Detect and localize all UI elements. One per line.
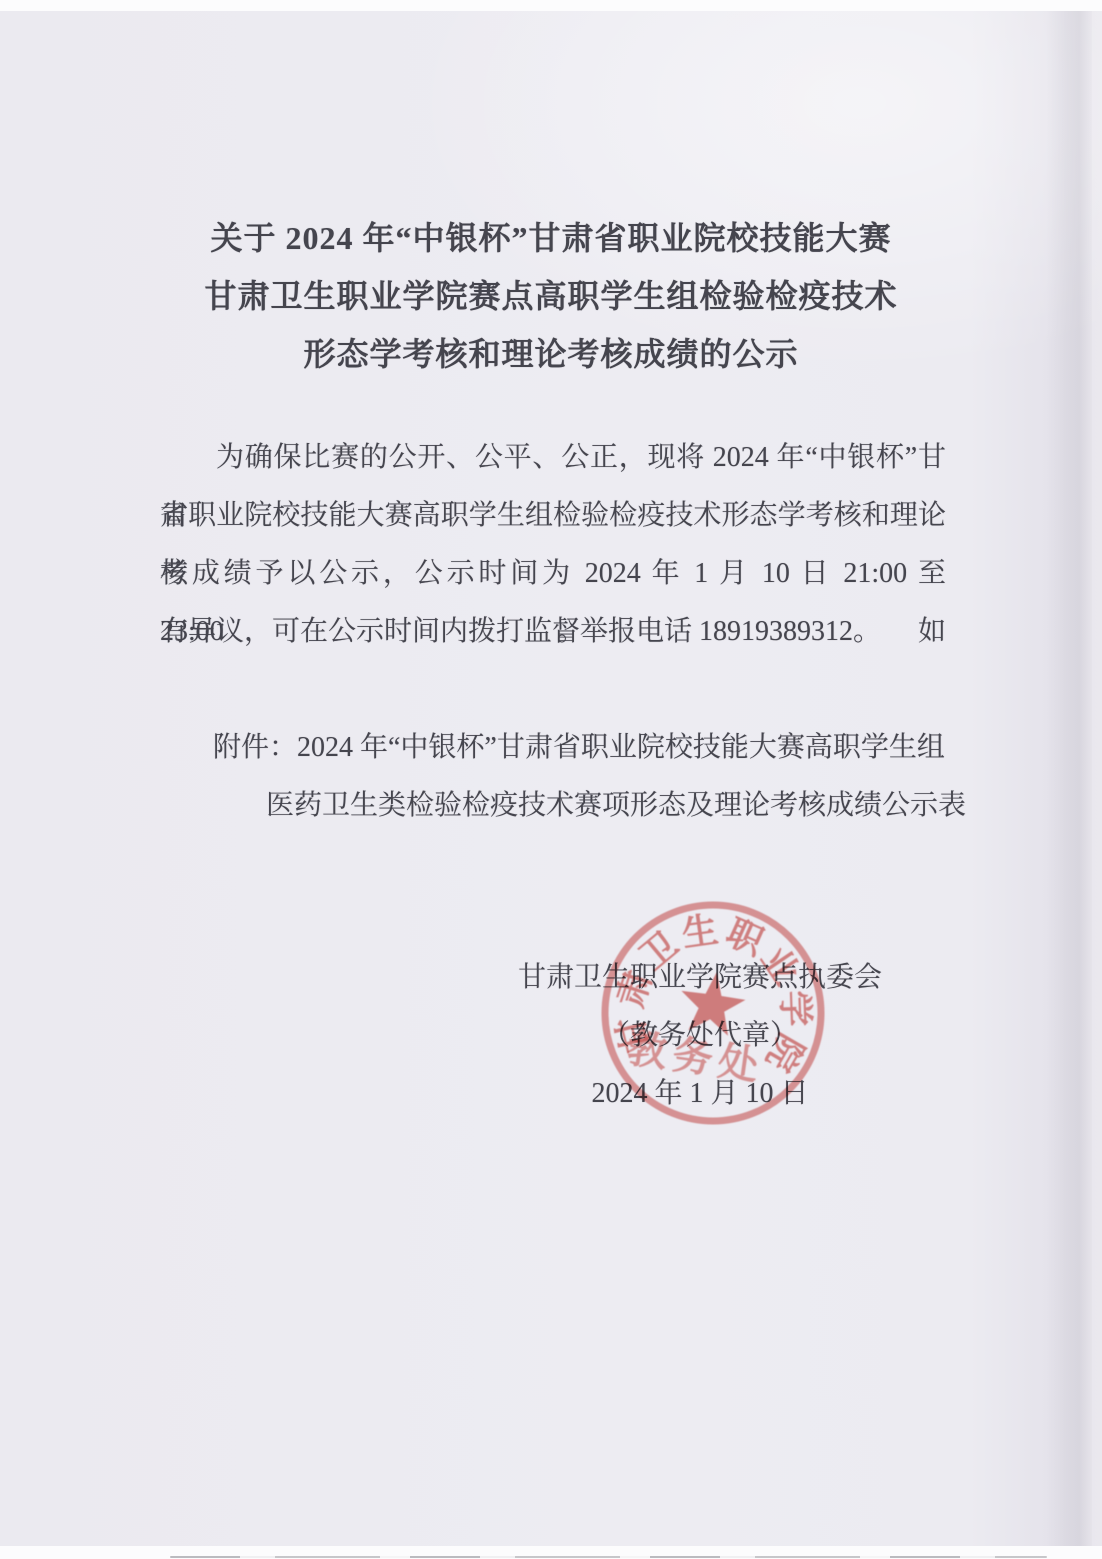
title-line-3: 形态学考核和理论考核成绩的公示 xyxy=(0,325,1102,383)
document-title: 关于 2024 年“中银杯”甘肃省职业院校技能大赛 甘肃卫生职业学院赛点高职学生… xyxy=(0,209,1102,383)
scanned-page: 关于 2024 年“中银杯”甘肃省职业院校技能大赛 甘肃卫生职业学院赛点高职学生… xyxy=(0,0,1102,1559)
title-line-1: 关于 2024 年“中银杯”甘肃省职业院校技能大赛 xyxy=(0,209,1102,267)
seal-department-text: 教务处 xyxy=(624,1026,767,1090)
body-line: 有异议，可在公示时间内拨打监督举报电话 18919389312。 xyxy=(160,603,946,661)
seal-star-icon xyxy=(676,968,749,1038)
scan-edge-artifact xyxy=(170,1556,1047,1558)
official-seal: 甘肃卫生职业学院 教务处 xyxy=(595,896,835,1136)
attachment-line: 医药卫生类检验检疫技术赛项形态及理论考核成绩公示表 xyxy=(266,777,966,835)
body-line: 核成绩予以公示，公示时间为 2024 年 1 月 10 日 21:00 至 23… xyxy=(160,545,946,603)
body-line: 省职业院校技能大赛高职学生组检验检疫技术形态学考核和理论考 xyxy=(160,487,946,545)
attachment-line: 附件：2024 年“中银杯”甘肃省职业院校技能大赛高职学生组 xyxy=(213,719,945,777)
document-page: 关于 2024 年“中银杯”甘肃省职业院校技能大赛 甘肃卫生职业学院赛点高职学生… xyxy=(0,11,1102,1546)
title-line-2: 甘肃卫生职业学院赛点高职学生组检验检疫技术 xyxy=(0,267,1102,325)
document-body-paragraph: 为确保比赛的公开、公平、公正，现将 2024 年“中银杯”甘肃 省职业院校技能大… xyxy=(160,429,946,661)
body-line: 为确保比赛的公开、公平、公正，现将 2024 年“中银杯”甘肃 xyxy=(160,429,946,487)
